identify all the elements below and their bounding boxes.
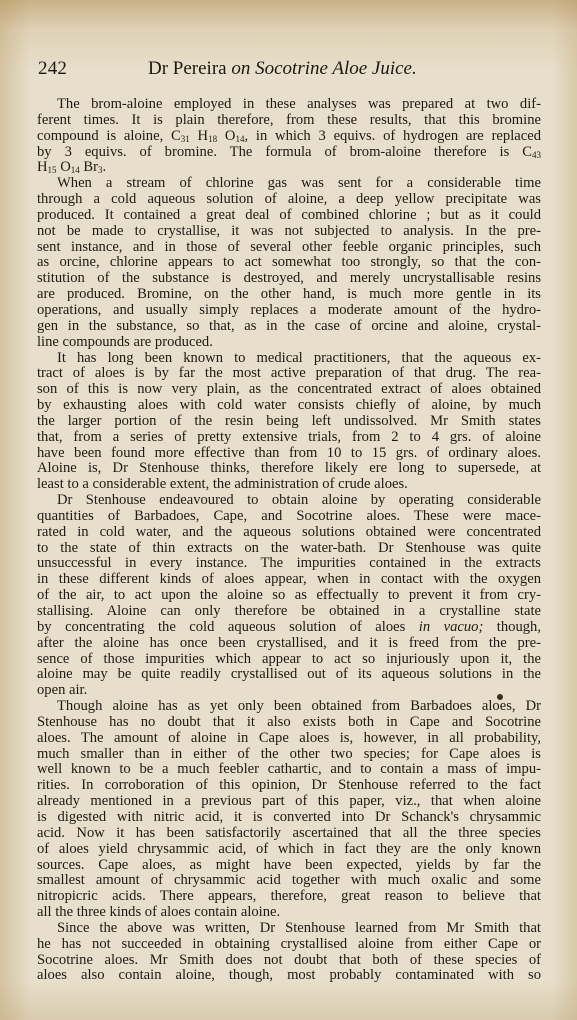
text-line: that, from a series of pretty extensive …: [37, 430, 541, 446]
text-line: in these different kinds of aloes appear…: [37, 572, 541, 588]
text-line: sence of those impurities which appear t…: [37, 652, 541, 668]
text-line: acid. Now it has been satisfactorily asc…: [37, 826, 541, 842]
text-line: ferent times. It is plain therefore, fro…: [37, 113, 541, 129]
text-line: produced. It contained a great deal of c…: [37, 208, 541, 224]
text-line: by concentrating the cold aqueous soluti…: [37, 620, 541, 636]
text-line: already mentioned in a previous part of …: [37, 794, 541, 810]
text-line: to the state of thin extracts on the wat…: [37, 541, 541, 557]
text-line: nitropicric acids. There appears, theref…: [37, 889, 541, 905]
text-line: smallest amount of chrysammic acid toget…: [37, 873, 541, 889]
text-line: by 3 equivs. of bromine. The formula of …: [37, 145, 541, 161]
text-line: of aloes yield chrysammic acid, of which…: [37, 842, 541, 858]
text-line: rities. In corroboration of this opinion…: [37, 778, 541, 794]
text-line: gen in the substance, so that, as in the…: [37, 319, 541, 335]
text-line: Since the above was written, Dr Stenhous…: [37, 921, 541, 937]
text-line: Though aloine has as yet only been obtai…: [37, 699, 541, 715]
running-header: 242 Dr Pereira on Socotrine Aloe Juice.: [38, 58, 538, 86]
text-line: aloine may be quite readily crystallised…: [37, 667, 541, 683]
text-line: least to a considerable extent, the admi…: [37, 477, 541, 493]
text-line: son of this is now very plain, as the co…: [37, 382, 541, 398]
text-line: sources. Cape aloes, as might have been …: [37, 858, 541, 874]
text-line: well known to be a much feebler catharti…: [37, 762, 541, 778]
running-title-roman: Dr Pereira: [148, 58, 231, 79]
text-line: unsuccessful in every instance. The impu…: [37, 556, 541, 572]
text-line: The brom-aloine employed in these analys…: [37, 97, 541, 113]
text-line: quantities of Barbadoes, Cape, and Socot…: [37, 509, 541, 525]
text-line: Aloine is, Dr Stenhouse thinks, therefor…: [37, 461, 541, 477]
text-line: H15 O14 Br3.: [37, 160, 541, 176]
text-line: sent instance, and in those of several o…: [37, 240, 541, 256]
text-line: have been found more effective than from…: [37, 446, 541, 462]
text-line: compound is aloine, C31 H18 O14, in whic…: [37, 129, 541, 145]
running-title-italic: on Socotrine Aloe Juice.: [231, 58, 416, 79]
ink-speck: [497, 694, 503, 700]
text-line: rated in cold water, and the aqueous sol…: [37, 525, 541, 541]
text-line: by exhausting aloes with cold water cons…: [37, 398, 541, 414]
text-line: all the three kinds of aloes contain alo…: [37, 905, 541, 921]
text-line: Socotrine aloes. Mr Smith does not doubt…: [37, 953, 541, 969]
text-line: Stenhouse has no doubt that it also exis…: [37, 715, 541, 731]
text-line: stitution of the substance is destroyed,…: [37, 271, 541, 287]
running-title: Dr Pereira on Socotrine Aloe Juice.: [148, 58, 417, 80]
text-line: open air.: [37, 683, 541, 699]
text-line: through a cold aqueous solution of aloin…: [37, 192, 541, 208]
text-line: much smaller than in either of the other…: [37, 747, 541, 763]
text-line: line compounds are produced.: [37, 335, 541, 351]
text-line: he has not succeeded in obtaining crysta…: [37, 937, 541, 953]
text-line: after the aloine has once been crystalli…: [37, 636, 541, 652]
text-line: stallising. Aloine can only therefore be…: [37, 604, 541, 620]
text-line: tract of aloes is by far the most active…: [37, 366, 541, 382]
scanned-book-page: 242 Dr Pereira on Socotrine Aloe Juice. …: [0, 0, 577, 1020]
text-line: operations, and usually simply replaces …: [37, 303, 541, 319]
text-line: not be made to crystallise, it was not s…: [37, 224, 541, 240]
text-line: of the air, to act upon the aloine so as…: [37, 588, 541, 604]
text-line: Dr Stenhouse endeavoured to obtain aloin…: [37, 493, 541, 509]
text-line: When a stream of chlorine gas was sent f…: [37, 176, 541, 192]
body-text: The brom-aloine employed in these analys…: [37, 97, 541, 984]
text-line: the larger portion of the resin being le…: [37, 414, 541, 430]
text-line: It has long been known to medical practi…: [37, 351, 541, 367]
text-line: as orcine, chlorine appears to act somew…: [37, 255, 541, 271]
text-line: aloes also contain aloine, though, most …: [37, 968, 541, 984]
text-line: are produced. Bromine, on the other hand…: [37, 287, 541, 303]
page-number: 242: [38, 58, 67, 80]
text-line: is digested with nitric acid, it is conv…: [37, 810, 541, 826]
text-line: aloes. The amount of aloine in Cape aloe…: [37, 731, 541, 747]
